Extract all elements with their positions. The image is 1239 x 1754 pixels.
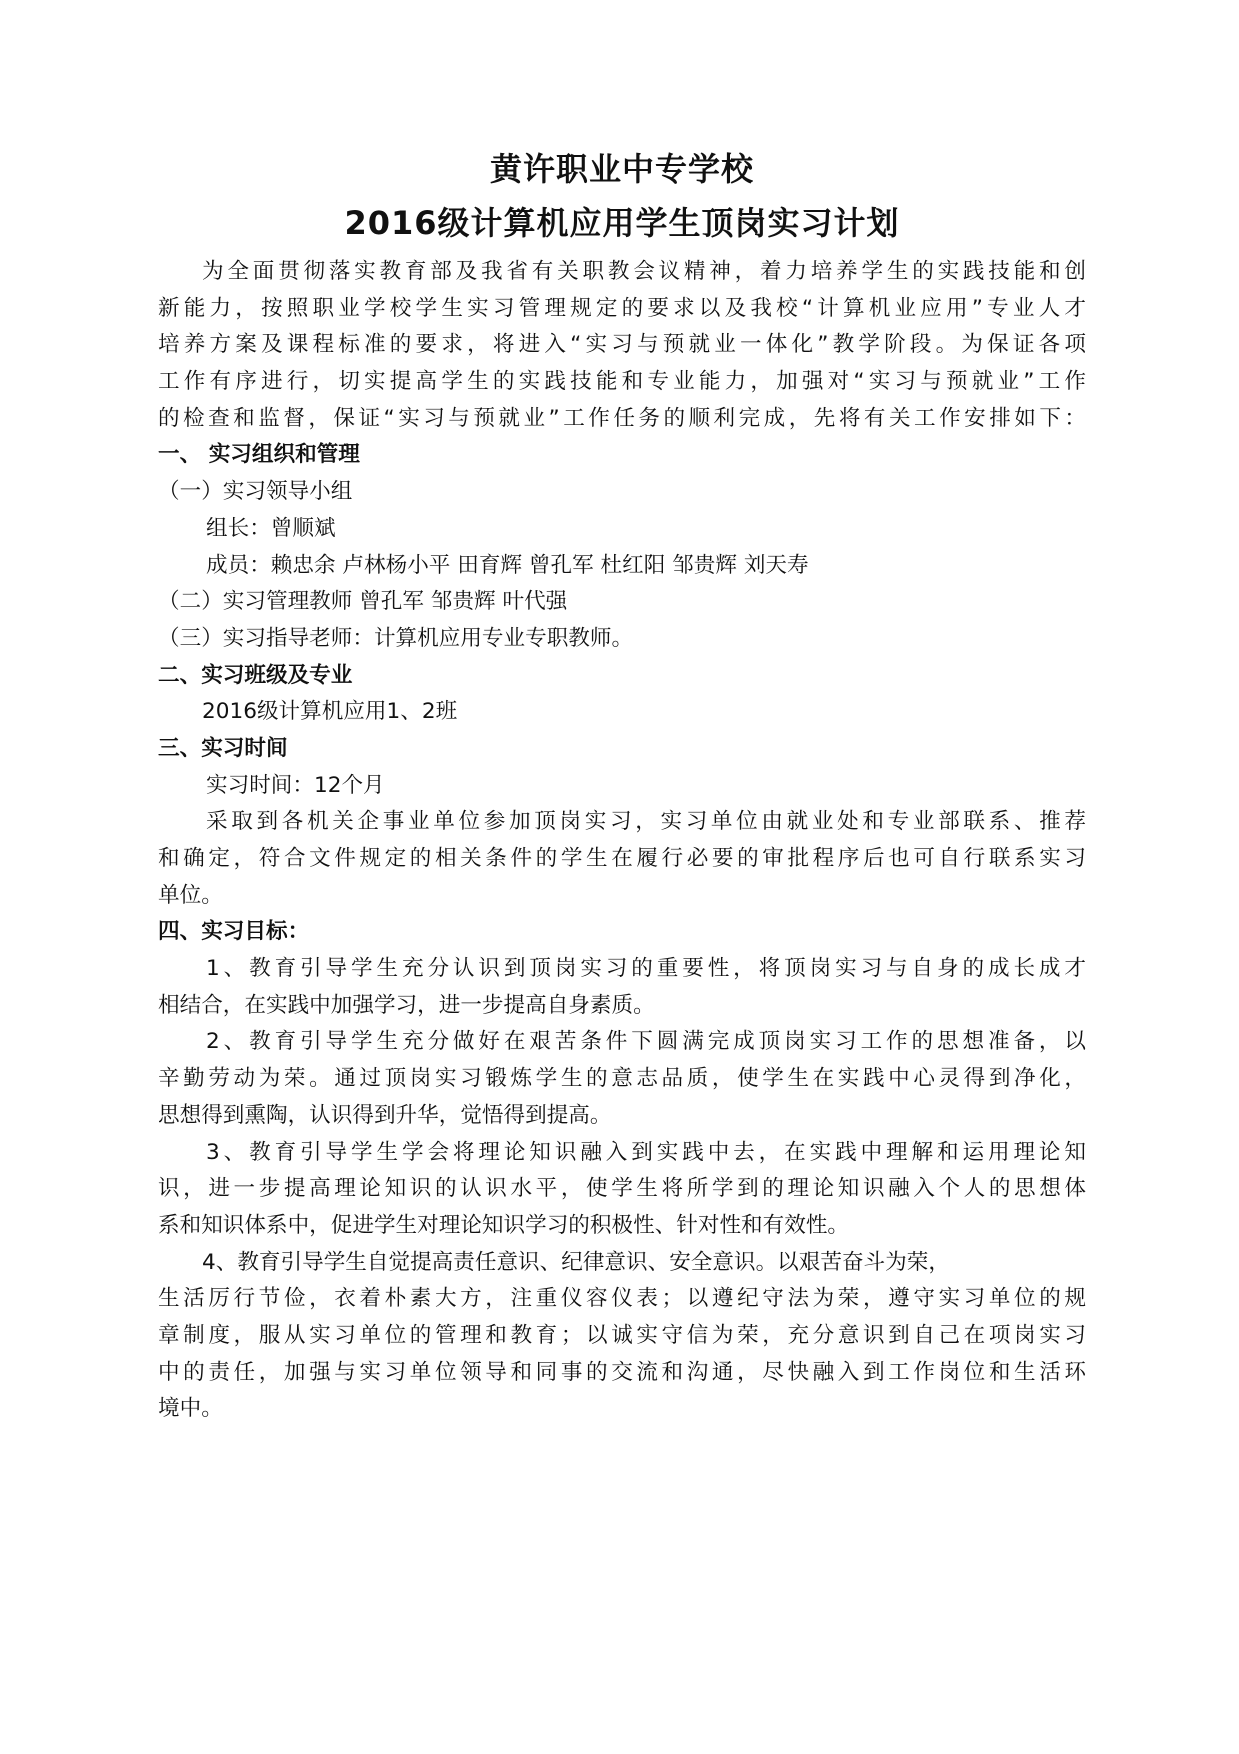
- goal-line: 辛勤劳动为荣。通过顶岗实习锻炼学生的意志品质，使学生在实践中心灵得到净化，: [158, 1061, 1086, 1098]
- goal-line: 识，进一步提高理论知识的认识水平，使学生将所学到的理论知识融入个人的思想体: [158, 1171, 1086, 1208]
- paragraph-line: 单位。: [158, 878, 1086, 915]
- goal-line: 4、教育引导学生自觉提高责任意识、纪律意识、安全意识。以艰苦奋斗为荣，: [158, 1245, 1086, 1282]
- goal-line: 中的责任，加强与实习单位领导和同事的交流和沟通，尽快融入到工作岗位和生活环: [158, 1355, 1086, 1392]
- subsection-heading: （二）实习管理教师 曾孔军 邹贵辉 叶代强: [158, 584, 1086, 621]
- section-heading-2: 二、实习班级及专业: [158, 658, 1086, 695]
- section-heading-3: 三、实习时间: [158, 731, 1086, 768]
- subsection-heading: （一）实习领导小组: [158, 474, 1086, 511]
- document-body: 为全面贯彻落实教育部及我省有关职教会议精神，着力培养学生的实践技能和创 新能力，…: [158, 254, 1086, 1428]
- document-title: 黄许职业中专学校: [158, 144, 1086, 190]
- intro-line: 为全面贯彻落实教育部及我省有关职教会议精神，着力培养学生的实践技能和创: [158, 254, 1086, 291]
- group-members: 成员：赖忠余 卢林杨小平 田育辉 曾孔军 杜红阳 邹贵辉 刘天寿: [158, 548, 1086, 585]
- class-info: 2016级计算机应用1、2班: [158, 694, 1086, 731]
- paragraph-line: 采取到各机关企事业单位参加顶岗实习，实习单位由就业处和专业部联系、推荐: [158, 804, 1086, 841]
- intro-line: 培养方案及课程标准的要求，将进入“实习与预就业一体化”教学阶段。为保证各项: [158, 327, 1086, 364]
- goal-line: 相结合，在实践中加强学习，进一步提高自身素质。: [158, 988, 1086, 1025]
- intro-line: 的检查和监督，保证“实习与预就业”工作任务的顺利完成，先将有关工作安排如下：: [158, 401, 1086, 438]
- goal-line: 生活厉行节俭，衣着朴素大方，注重仪容仪表；以遵纪守法为荣，遵守实习单位的规: [158, 1281, 1086, 1318]
- document-subtitle: 2016级计算机应用学生顶岗实习计划: [158, 198, 1086, 244]
- section-heading-1: 一、 实习组织和管理: [158, 437, 1086, 474]
- group-leader: 组长：曾顺斌: [158, 511, 1086, 548]
- duration: 实习时间：12个月: [158, 768, 1086, 805]
- intro-line: 工作有序进行，切实提高学生的实践技能和专业能力，加强对“实习与预就业”工作: [158, 364, 1086, 401]
- goal-line: 境中。: [158, 1391, 1086, 1428]
- goal-line: 思想得到熏陶，认识得到升华，觉悟得到提高。: [158, 1098, 1086, 1135]
- subsection-heading: （三）实习指导老师：计算机应用专业专职教师。: [158, 621, 1086, 658]
- goal-line: 2、教育引导学生充分做好在艰苦条件下圆满完成顶岗实习工作的思想准备，以: [158, 1024, 1086, 1061]
- section-heading-4: 四、实习目标：: [158, 914, 1086, 951]
- goal-line: 章制度，服从实习单位的管理和教育；以诚实守信为荣，充分意识到自己在项岗实习: [158, 1318, 1086, 1355]
- goal-line: 3、教育引导学生学会将理论知识融入到实践中去，在实践中理解和运用理论知: [158, 1135, 1086, 1172]
- intro-line: 新能力，按照职业学校学生实习管理规定的要求以及我校“计算机业应用”专业人才: [158, 291, 1086, 328]
- goal-line: 1、教育引导学生充分认识到顶岗实习的重要性，将顶岗实习与自身的成长成才: [158, 951, 1086, 988]
- goal-line: 系和知识体系中，促进学生对理论知识学习的积极性、针对性和有效性。: [158, 1208, 1086, 1245]
- paragraph-line: 和确定，符合文件规定的相关条件的学生在履行必要的审批程序后也可自行联系实习: [158, 841, 1086, 878]
